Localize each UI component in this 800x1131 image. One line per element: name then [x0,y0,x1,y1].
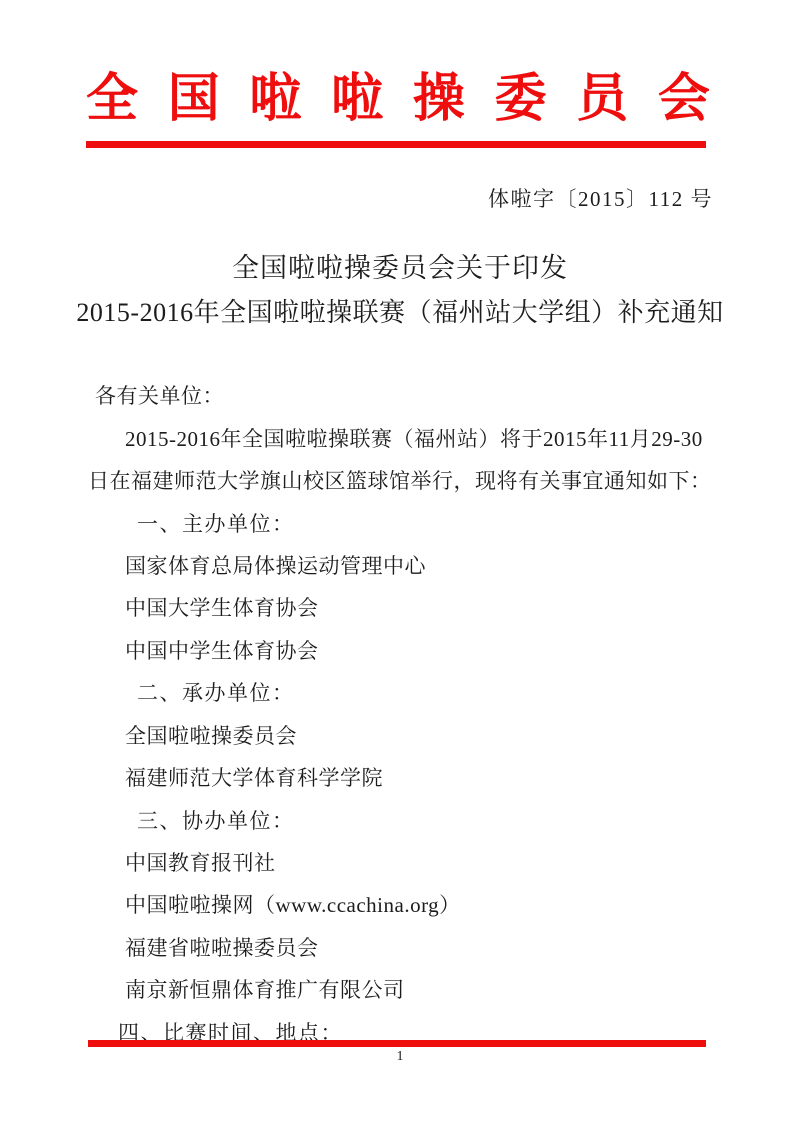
org-name-char: 啦 [331,66,383,134]
org-name-char: 会 [658,66,710,134]
org-name-char: 操 [413,66,465,134]
document-page: 全 国 啦 啦 操 委 员 会 体啦字〔2015〕112 号 全国啦啦操委员会关… [0,0,800,1131]
body-line-section-3: 三、协办单位： [88,798,712,840]
body-line: 中国啦啦操网（www.ccachina.org） [88,883,712,925]
org-name-char: 国 [168,66,220,134]
body-line: 南京新恒鼎体育推广有限公司 [88,968,712,1010]
body-line: 2015-2016年全国啦啦操联赛（福州站）将于2015年11月29-30 [88,416,712,458]
body-line: 中国教育报刊社 [88,841,712,883]
footer-rule [88,1040,706,1047]
notice-title-line1: 全国啦啦操委员会关于印发 [0,246,800,285]
body-line: 全国啦啦操委员会 [88,714,712,756]
document-body: 各有关单位： 2015-2016年全国啦啦操联赛（福州站）将于2015年11月2… [88,374,712,1053]
body-line: 福建省啦啦操委员会 [88,926,712,968]
doc-number: 体啦字〔2015〕112 号 [488,183,713,213]
body-line: 国家体育总局体操运动管理中心 [88,544,712,586]
body-line: 福建师范大学体育科学学院 [88,756,712,798]
body-line-section-2: 二、承办单位： [88,671,712,713]
body-line: 日在福建师范大学旗山校区篮球馆举行，现将有关事宜通知如下： [88,459,712,501]
org-name-char: 啦 [249,66,301,134]
body-line-section-1: 一、主办单位： [88,501,712,543]
org-name-char: 全 [86,66,138,134]
org-name-char: 委 [495,66,547,134]
masthead-rule [86,141,706,148]
body-line: 中国中学生体育协会 [88,629,712,671]
notice-title-line2: 2015-2016年全国啦啦操联赛（福州站大学组）补充通知 [0,292,800,329]
body-line-salutation: 各有关单位： [88,374,712,416]
body-line: 中国大学生体育协会 [88,586,712,628]
org-name: 全 国 啦 啦 操 委 员 会 [86,66,710,134]
page-number: 1 [0,1049,800,1065]
org-name-char: 员 [576,66,628,134]
